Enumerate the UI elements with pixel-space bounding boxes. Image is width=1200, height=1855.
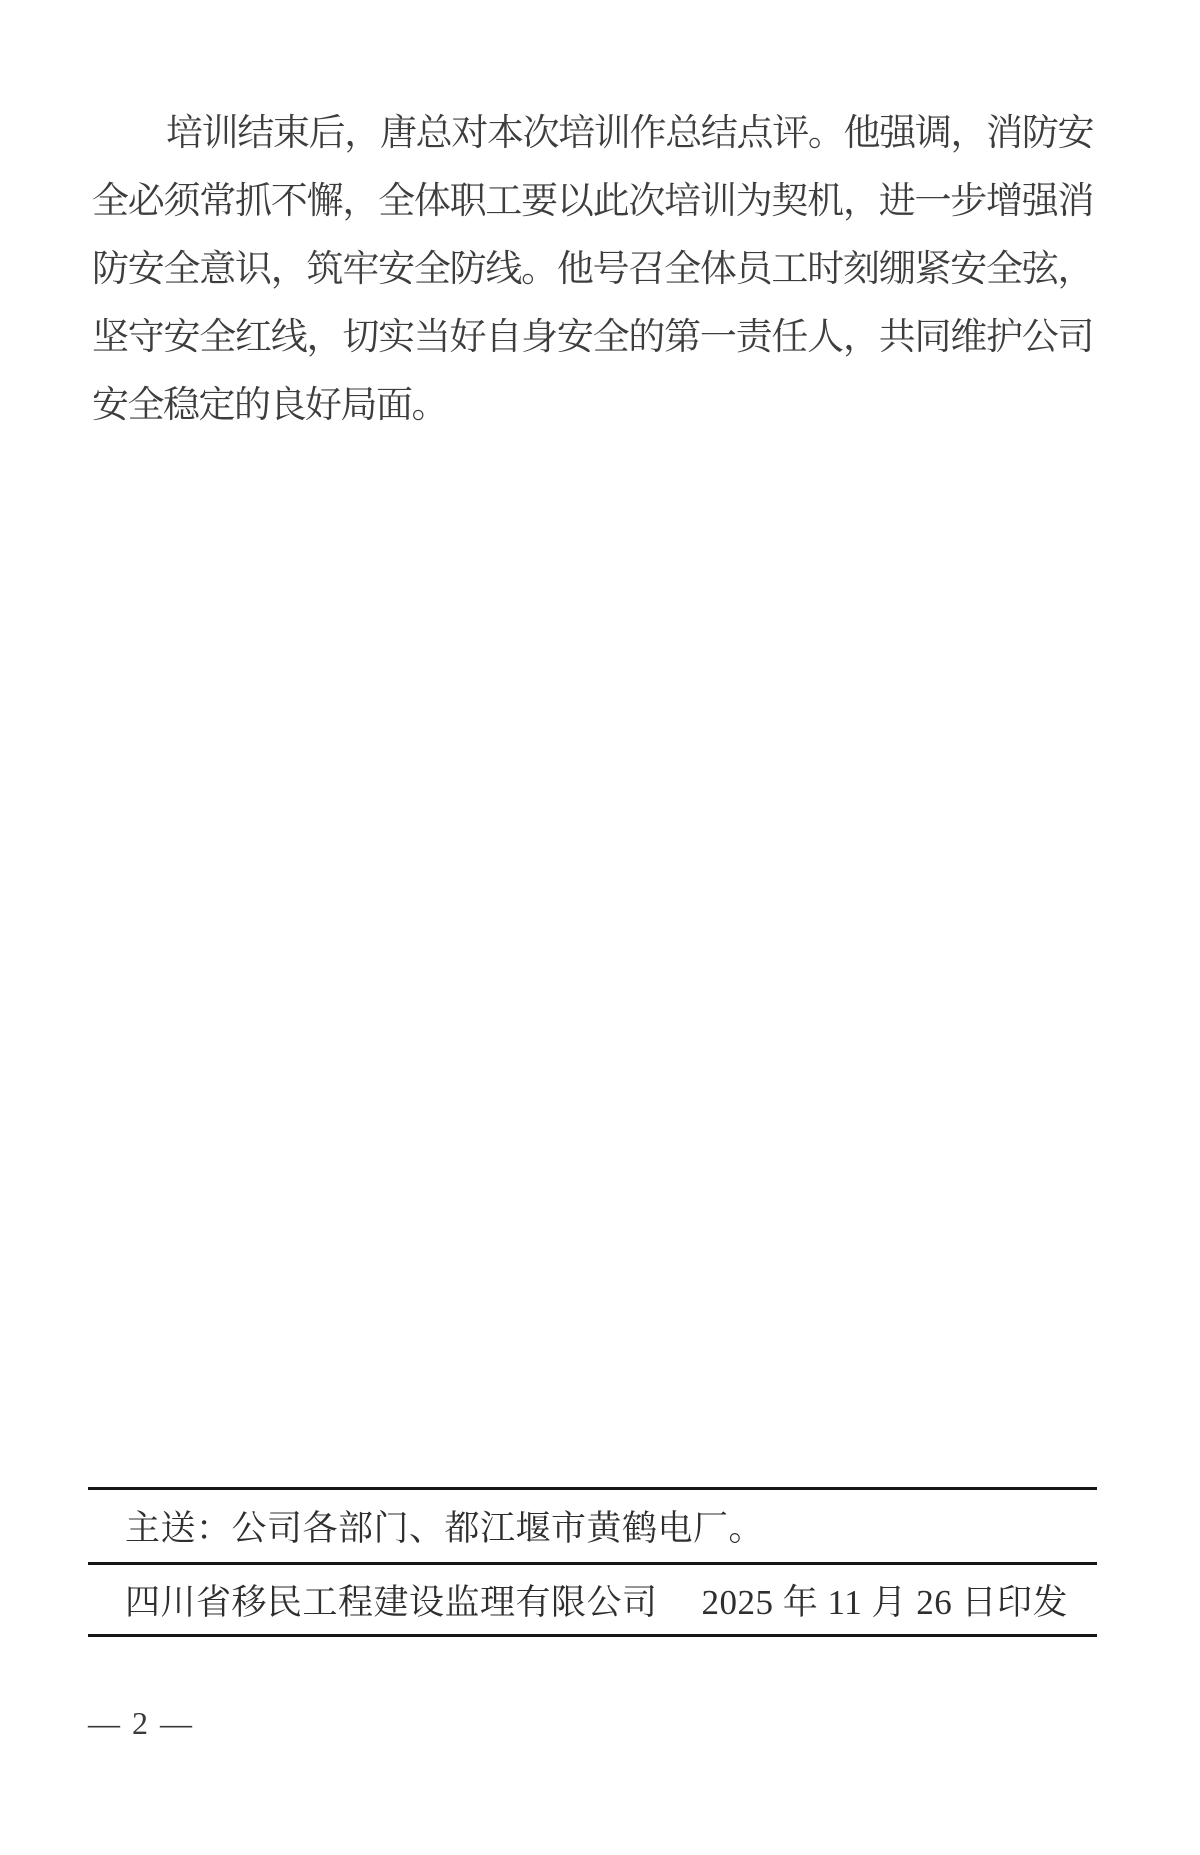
issuer-text: 四川省移民工程建设监理有限公司 [125, 1575, 658, 1625]
page-number: — 2 — [88, 1705, 194, 1742]
document-page: 培训结束后，唐总对本次培训作总结点评。他强调，消防安全必须常抓不懈，全体职工要以… [0, 0, 1200, 1855]
print-date-text: 2025 年 11 月 26 日印发 [702, 1575, 1068, 1625]
colophon-issuer-row: 四川省移民工程建设监理有限公司 2025 年 11 月 26 日印发 [88, 1565, 1097, 1637]
colophon: 主送：公司各部门、都江堰市黄鹤电厂。 四川省移民工程建设监理有限公司 2025 … [88, 1487, 1097, 1637]
body-paragraph: 培训结束后，唐总对本次培训作总结点评。他强调，消防安全必须常抓不懈，全体职工要以… [92, 100, 1093, 440]
recipients-text: 主送：公司各部门、都江堰市黄鹤电厂。 [125, 1501, 764, 1551]
body-paragraph-block: 培训结束后，唐总对本次培训作总结点评。他强调，消防安全必须常抓不懈，全体职工要以… [92, 100, 1093, 440]
colophon-recipients-row: 主送：公司各部门、都江堰市黄鹤电厂。 [88, 1490, 1097, 1565]
